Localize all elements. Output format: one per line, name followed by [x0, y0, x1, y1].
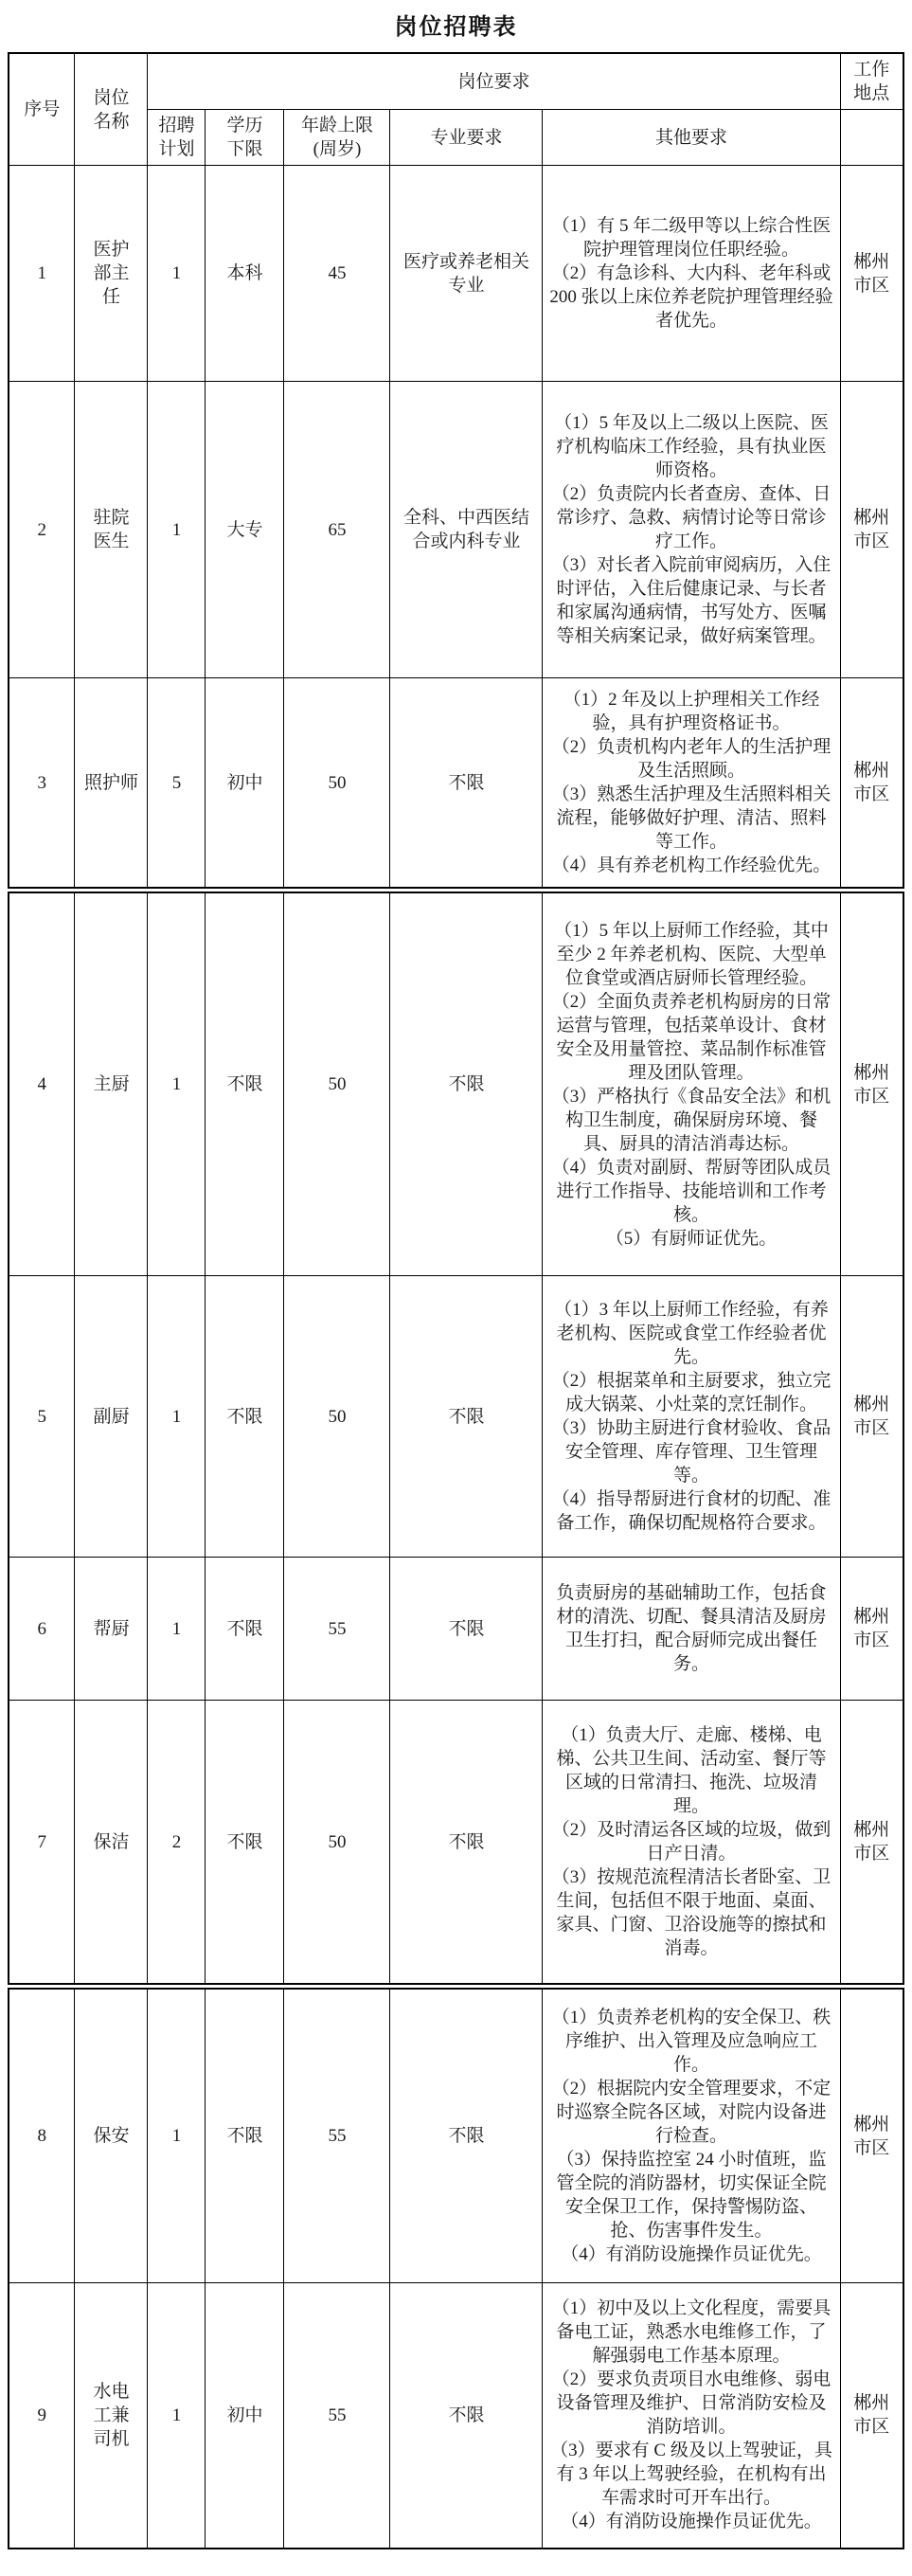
cell-plan: 1 — [148, 166, 206, 382]
cell-education: 不限 — [206, 1276, 284, 1558]
cell-other-requirements: （1）负责养老机构的安全保卫、秩序维护、出入管理及应急响应工作。 （2）根据院内… — [543, 1987, 840, 2283]
cell-no: 3 — [9, 678, 75, 891]
header-major-requirement: 专业要求 — [390, 110, 543, 166]
cell-age: 55 — [284, 1987, 390, 2283]
header-work-location: 工作 地点 — [840, 53, 903, 110]
cell-education: 本科 — [206, 166, 284, 382]
cell-position: 副厨 — [75, 1276, 148, 1558]
cell-age: 50 — [284, 1276, 390, 1558]
header-no: 序号 — [9, 53, 75, 166]
header-row-1: 序号 岗位 名称 岗位要求 工作 地点 — [9, 53, 903, 110]
cell-position: 驻院 医生 — [75, 382, 148, 678]
table-row: 2 驻院 医生 1 大专 65 全科、中西医结合或内科专业 （1）5 年及以上二… — [9, 382, 903, 678]
cell-plan: 5 — [148, 678, 206, 891]
cell-age: 50 — [284, 891, 390, 1276]
cell-location: 郴州 市区 — [840, 1558, 903, 1701]
cell-education: 初中 — [206, 2283, 284, 2549]
cell-plan: 1 — [148, 1558, 206, 1701]
table-row: 1 医护 部主 任 1 本科 45 医疗或养老相关专业 （1）有 5 年二级甲等… — [9, 166, 903, 382]
cell-no: 6 — [9, 1558, 75, 1701]
cell-major: 不限 — [390, 2283, 543, 2549]
cell-position: 医护 部主 任 — [75, 166, 148, 382]
cell-plan: 1 — [148, 891, 206, 1276]
cell-no: 8 — [9, 1987, 75, 2283]
recruitment-table: 序号 岗位 名称 岗位要求 工作 地点 招聘 计划 学历 下限 年龄上限 (周岁… — [8, 52, 904, 2549]
table-row: 6 帮厨 1 不限 55 不限 负责厨房的基础辅助工作，包括食材的清洗、切配、餐… — [9, 1558, 903, 1701]
cell-no: 4 — [9, 891, 75, 1276]
cell-plan: 1 — [148, 1987, 206, 2283]
cell-position: 照护师 — [75, 678, 148, 891]
cell-major: 不限 — [390, 1276, 543, 1558]
cell-age: 50 — [284, 1701, 390, 1987]
page-title: 岗位招聘表 — [0, 8, 912, 41]
header-other-requirements: 其他要求 — [543, 110, 840, 166]
cell-position: 主厨 — [75, 891, 148, 1276]
cell-education: 大专 — [206, 382, 284, 678]
cell-major: 医疗或养老相关专业 — [390, 166, 543, 382]
header-age-limit: 年龄上限 (周岁) — [284, 110, 390, 166]
cell-other-requirements: （1）有 5 年二级甲等以上综合性医院护理管理岗位任职经验。 （2）有急诊科、大… — [543, 166, 840, 382]
cell-no: 5 — [9, 1276, 75, 1558]
header-requirements-group: 岗位要求 — [148, 53, 840, 110]
cell-other-requirements: （1）5 年及以上二级以上医院、医疗机构临床工作经验，具有执业医师资格。 （2）… — [543, 382, 840, 678]
cell-plan: 2 — [148, 1701, 206, 1987]
table-row: 4 主厨 1 不限 50 不限 （1）5 年以上厨师工作经验，其中至少 2 年养… — [9, 891, 903, 1276]
table-row: 3 照护师 5 初中 50 不限 （1）2 年及以上护理相关工作经验，具有护理资… — [9, 678, 903, 891]
cell-plan: 1 — [148, 2283, 206, 2549]
cell-no: 7 — [9, 1701, 75, 1987]
cell-other-requirements: 负责厨房的基础辅助工作，包括食材的清洗、切配、餐具清洁及厨房卫生打扫，配合厨师完… — [543, 1558, 840, 1701]
cell-location: 郴州 市区 — [840, 1701, 903, 1987]
cell-no: 2 — [9, 382, 75, 678]
cell-position: 保安 — [75, 1987, 148, 2283]
cell-position: 保洁 — [75, 1701, 148, 1987]
cell-location: 郴州 市区 — [840, 382, 903, 678]
cell-other-requirements: （1）负责大厅、走廊、楼梯、电梯、公共卫生间、活动室、餐厅等区域的日常清扫、拖洗… — [543, 1701, 840, 1987]
table-row: 7 保洁 2 不限 50 不限 （1）负责大厅、走廊、楼梯、电梯、公共卫生间、活… — [9, 1701, 903, 1987]
cell-location: 郴州 市区 — [840, 166, 903, 382]
cell-major: 不限 — [390, 1558, 543, 1701]
cell-age: 65 — [284, 382, 390, 678]
cell-location: 郴州 市区 — [840, 678, 903, 891]
cell-age: 55 — [284, 1558, 390, 1701]
cell-education: 不限 — [206, 1558, 284, 1701]
cell-major: 不限 — [390, 678, 543, 891]
table-row: 5 副厨 1 不限 50 不限 （1）3 年以上厨师工作经验，有养老机构、医院或… — [9, 1276, 903, 1558]
cell-location: 郴州 市区 — [840, 891, 903, 1276]
cell-location: 郴州 市区 — [840, 1987, 903, 2283]
table-row: 9 水电 工兼 司机 1 初中 55 不限 （1）初中及以上文化程度，需要具备电… — [9, 2283, 903, 2549]
header-position-name: 岗位 名称 — [75, 53, 148, 166]
cell-major: 不限 — [390, 891, 543, 1276]
table-row: 8 保安 1 不限 55 不限 （1）负责养老机构的安全保卫、秩序维护、出入管理… — [9, 1987, 903, 2283]
cell-other-requirements: （1）5 年以上厨师工作经验，其中至少 2 年养老机构、医院、大型单位食堂或酒店… — [543, 891, 840, 1276]
cell-major: 不限 — [390, 1701, 543, 1987]
cell-major: 不限 — [390, 1987, 543, 2283]
header-location-empty-cell — [840, 110, 903, 166]
cell-age: 50 — [284, 678, 390, 891]
cell-plan: 1 — [148, 382, 206, 678]
header-education-min: 学历 下限 — [206, 110, 284, 166]
cell-position: 水电 工兼 司机 — [75, 2283, 148, 2549]
cell-no: 1 — [9, 166, 75, 382]
cell-no: 9 — [9, 2283, 75, 2549]
cell-education: 不限 — [206, 1701, 284, 1987]
cell-education: 初中 — [206, 678, 284, 891]
cell-other-requirements: （1）3 年以上厨师工作经验，有养老机构、医院或食堂工作经验者优先。 （2）根据… — [543, 1276, 840, 1558]
cell-age: 55 — [284, 2283, 390, 2549]
cell-education: 不限 — [206, 891, 284, 1276]
cell-other-requirements: （1）2 年及以上护理相关工作经验，具有护理资格证书。 （2）负责机构内老年人的… — [543, 678, 840, 891]
header-recruit-plan: 招聘 计划 — [148, 110, 206, 166]
document-page: 岗位招聘表 序号 岗位 名称 岗位要求 工作 地点 招聘 计划 学历 下限 年龄… — [0, 0, 912, 2576]
cell-major: 全科、中西医结合或内科专业 — [390, 382, 543, 678]
cell-location: 郴州 市区 — [840, 1276, 903, 1558]
cell-education: 不限 — [206, 1987, 284, 2283]
cell-position: 帮厨 — [75, 1558, 148, 1701]
cell-plan: 1 — [148, 1276, 206, 1558]
cell-age: 45 — [284, 166, 390, 382]
cell-location: 郴州 市区 — [840, 2283, 903, 2549]
cell-other-requirements: （1）初中及以上文化程度，需要具备电工证，熟悉水电维修工作，了解强弱电工作基本原… — [543, 2283, 840, 2549]
